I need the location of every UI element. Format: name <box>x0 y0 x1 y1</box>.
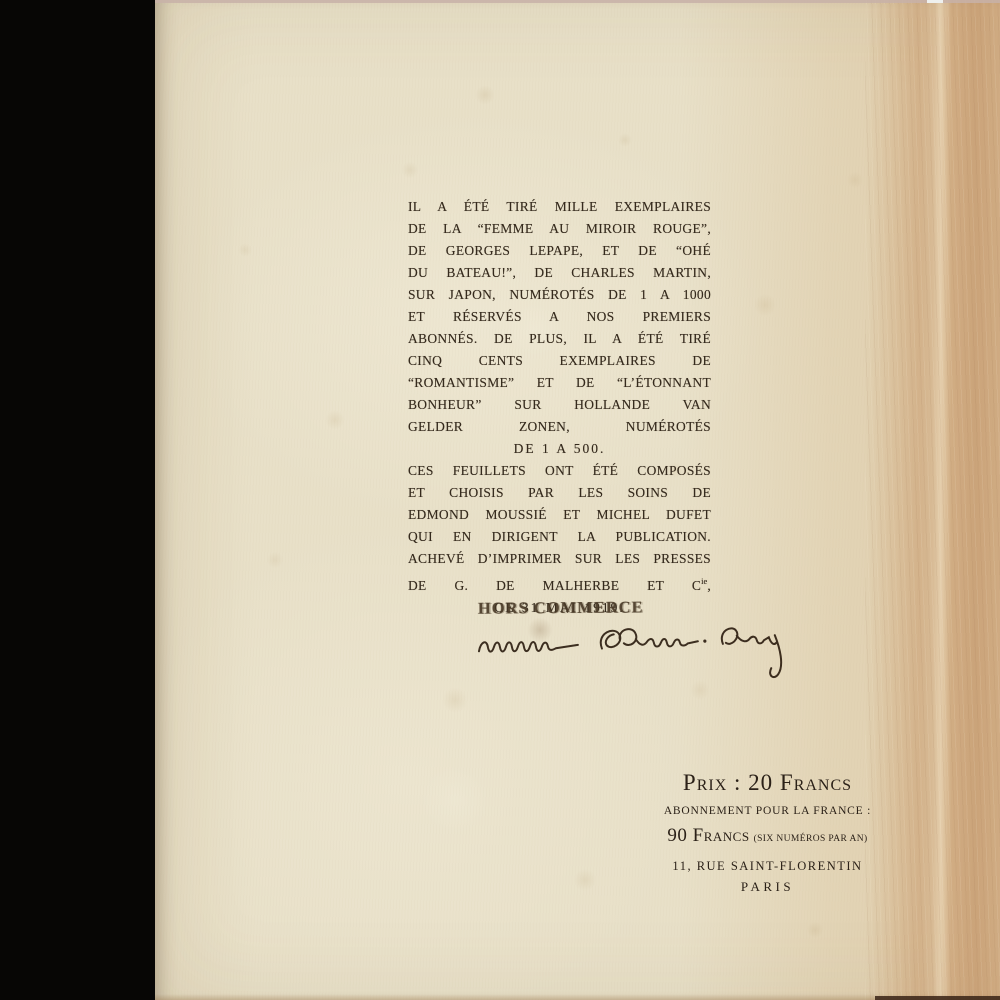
colophon-line: “ROMANTISME” ET DE “L’ÉTONNANT <box>408 372 711 394</box>
subscription-price: 90 Francs <box>667 825 749 846</box>
colophon-line: QUI EN DIRIGENT LA PUBLICATION. <box>408 526 711 548</box>
price-line: Prix : 20 Francs <box>640 768 895 798</box>
colophon-line: SUR JAPON, NUMÉROTÉS DE 1 A 1000 <box>408 284 711 306</box>
printer-name-suffix: , <box>707 578 711 593</box>
colophon-line: CINQ CENTS EXEMPLAIRES DE <box>408 350 711 372</box>
book-back-cover: IL A ÉTÉ TIRÉ MILLE EXEMPLAIRES DE LA “F… <box>155 0 1000 1000</box>
colophon-line: ET CHOISIS PAR LES SOINS DE <box>408 482 711 504</box>
colophon-line: DE 1 A 500. <box>408 438 711 460</box>
colophon-line: ET RÉSERVÉS A NOS PREMIERS <box>408 306 711 328</box>
page-top-edge <box>155 0 1000 3</box>
page-bottom-edge-dark <box>875 996 1000 1000</box>
subscription-note: (SIX NUMÉROS PAR AN) <box>754 834 868 844</box>
printer-name: DE G. DE MALHERBE ET C <box>408 578 701 593</box>
hors-commerce-stamp: HORS COMMERCE <box>478 597 644 618</box>
subscription-label: ABONNEMENT POUR LA FRANCE : <box>640 804 895 819</box>
colophon-line: GELDER ZONEN, NUMÉROTÉS <box>408 416 711 438</box>
colophon-line: IL A ÉTÉ TIRÉ MILLE EXEMPLAIRES <box>408 196 711 218</box>
subscription-price-line: 90 Francs (SIX NUMÉROS PAR AN) <box>640 824 895 851</box>
signature-ink <box>472 618 813 688</box>
address-line: 11, RUE SAINT-FLORENTIN <box>640 858 895 875</box>
page-bottom-edge <box>155 994 1000 1000</box>
colophon-line-printer: DE G. DE MALHERBE ET Cie, <box>408 570 711 597</box>
city-line: PARIS <box>640 878 895 895</box>
page-top-edge-speck <box>927 0 943 3</box>
colophon-line: EDMOND MOUSSIÉ ET MICHEL DUFET <box>408 504 711 526</box>
colophon-line: BONHEUR” SUR HOLLANDE VAN <box>408 394 711 416</box>
colophon-line: DE GEORGES LEPAPE, ET DE “OHÉ <box>408 240 711 262</box>
colophon-line: DU BATEAU!”, DE CHARLES MARTIN, <box>408 262 711 284</box>
colophon-line: ABONNÉS. DE PLUS, IL A ÉTÉ TIRÉ <box>408 328 711 350</box>
colophon-line: DE LA “FEMME AU MIROIR ROUGE”, <box>408 218 711 240</box>
colophon-line: CES FEUILLETS ONT ÉTÉ COMPOSÉS <box>408 460 711 482</box>
colophon-line: ACHEVÉ D’IMPRIMER SUR LES PRESSES <box>408 548 711 570</box>
pricing-block: Prix : 20 Francs ABONNEMENT POUR LA FRAN… <box>640 768 895 895</box>
colophon-block: IL A ÉTÉ TIRÉ MILLE EXEMPLAIRES DE LA “F… <box>408 196 711 619</box>
